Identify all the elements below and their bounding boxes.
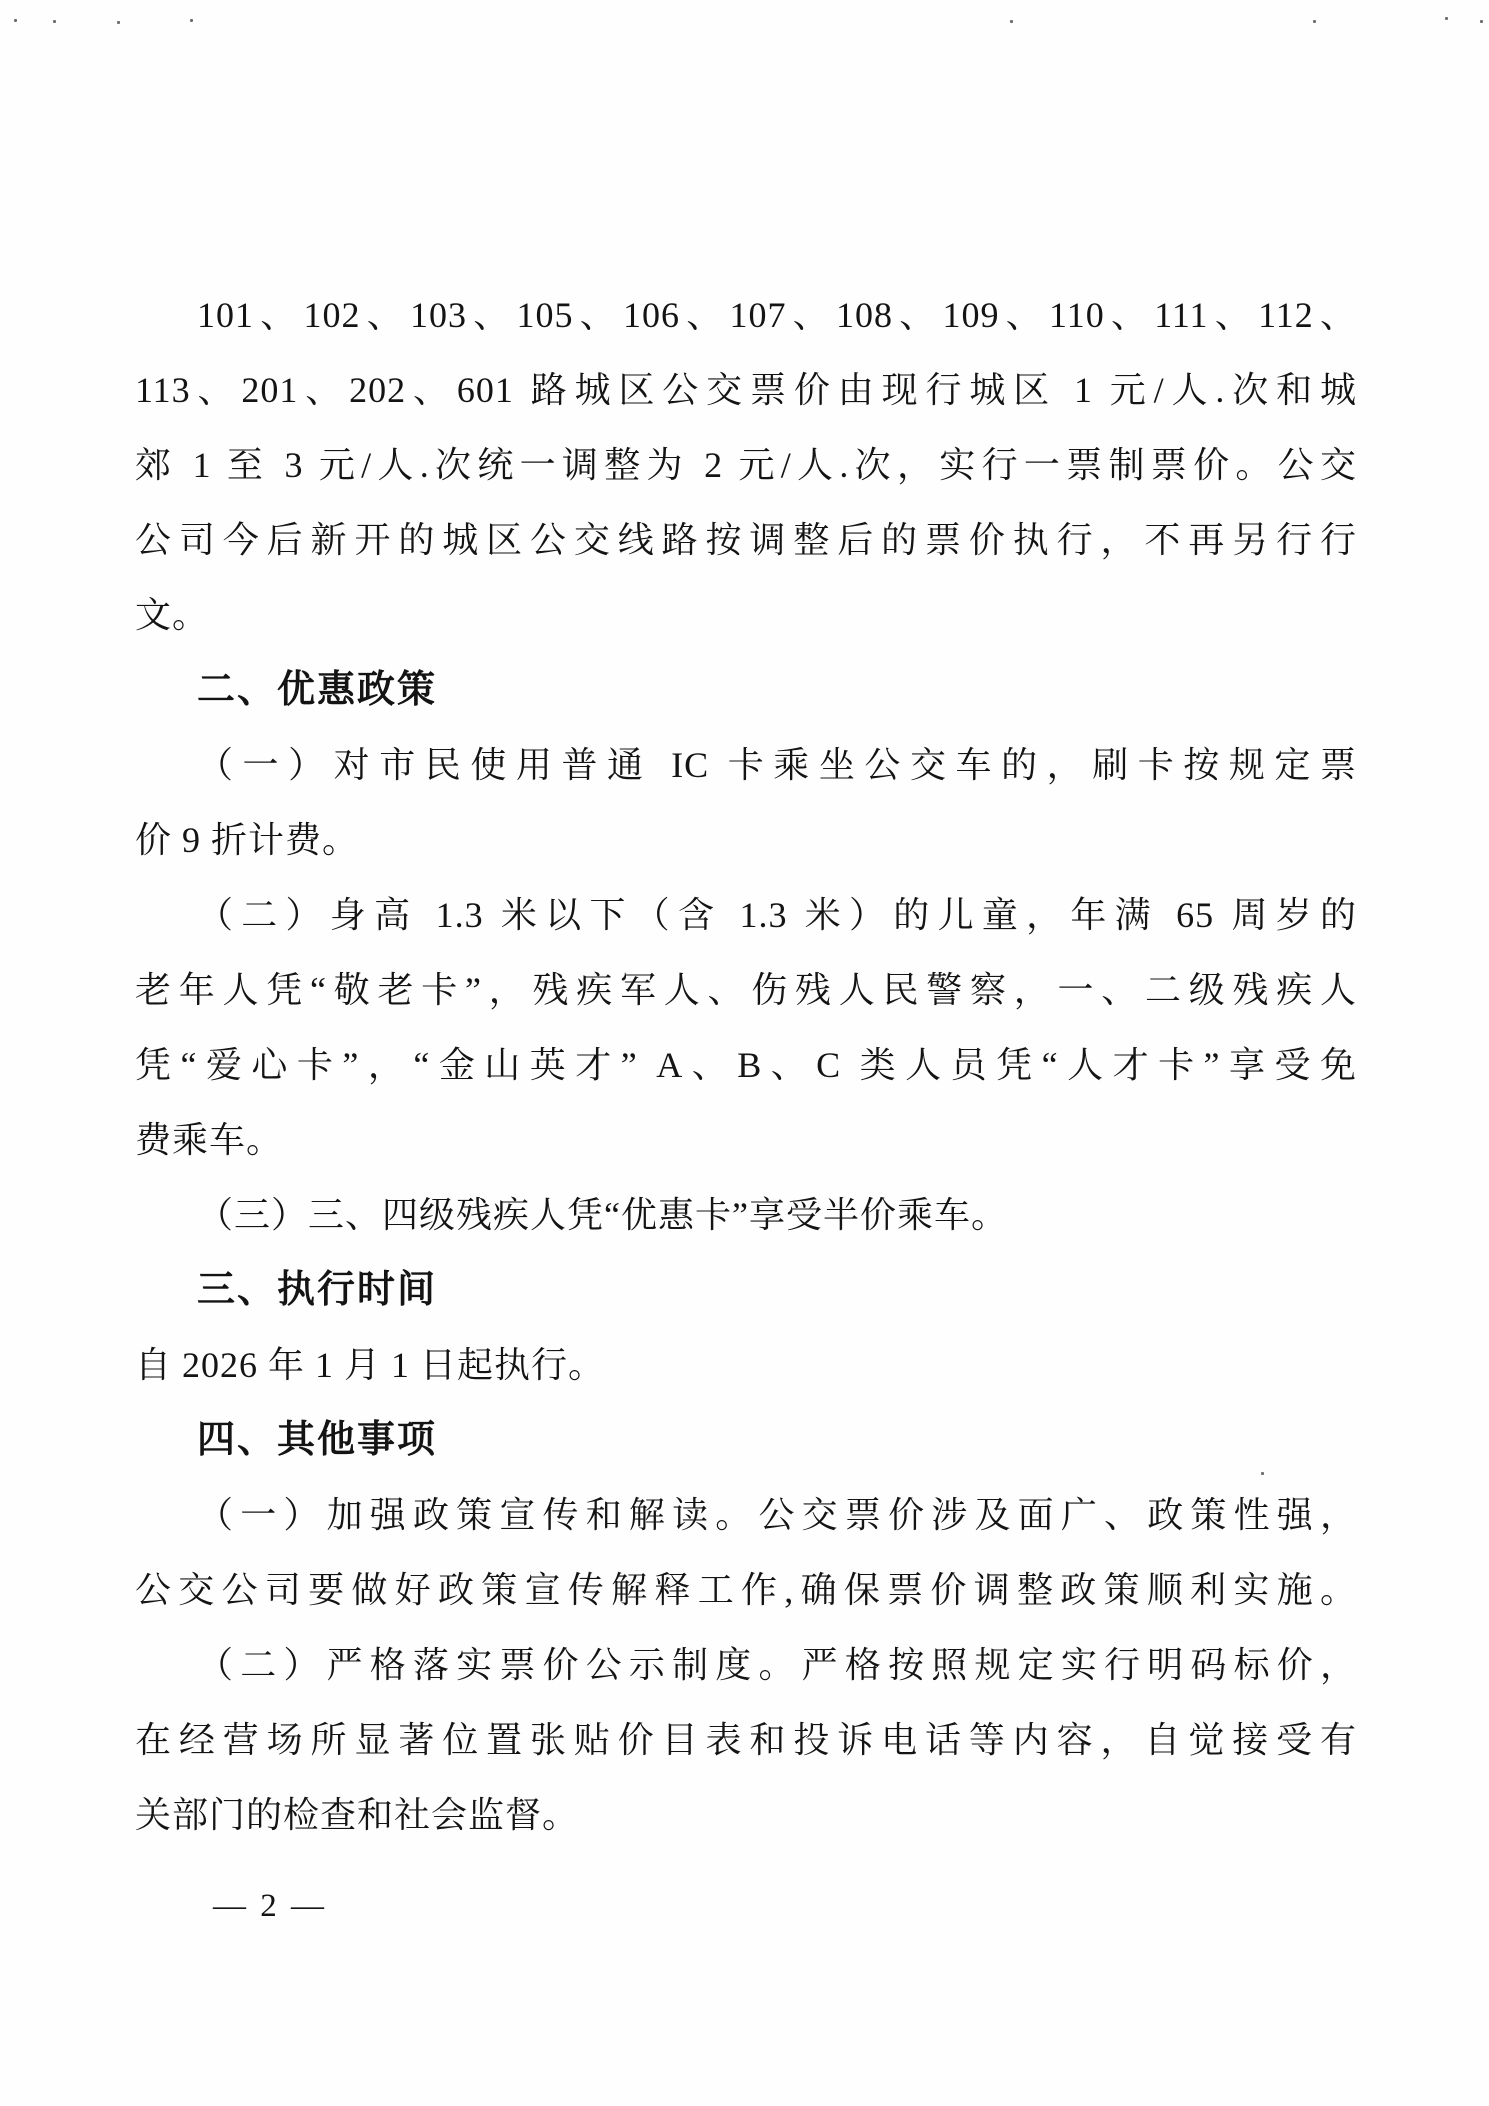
scan-speck <box>14 19 17 22</box>
paragraph-line: （二）严格落实票价公示制度。严格按照规定实行明码标价， <box>135 1628 1357 1703</box>
scanned-document-page: 101、102、103、105、106、107、108、109、110、111、… <box>0 0 1489 2106</box>
paragraph-line: 郊 1 至 3 元/人.次统一调整为 2 元/人.次，实行一票制票价。公交 <box>135 428 1357 503</box>
paragraph-line: 自 2026 年 1 月 1 日起执行。 <box>135 1328 1357 1403</box>
paragraph-line: （一）对市民使用普通 IC 卡乘坐公交车的，刷卡按规定票 <box>135 728 1357 803</box>
paragraph-line: 公交公司要做好政策宣传解释工作,确保票价调整政策顺利实施。 <box>135 1553 1357 1628</box>
scan-speck <box>1313 20 1316 23</box>
scan-speck <box>190 19 193 22</box>
paragraph-line: （三）三、四级残疾人凭“优惠卡”享受半价乘车。 <box>135 1178 1357 1253</box>
scan-speck <box>1445 17 1448 20</box>
scan-speck <box>117 21 120 24</box>
paragraph-line: 在经营场所显著位置张贴价目表和投诉电话等内容，自觉接受有 <box>135 1703 1357 1778</box>
paragraph-line: 公司今后新开的城区公交线路按调整后的票价执行，不再另行行 <box>135 503 1357 578</box>
paragraph-line: 价 9 折计费。 <box>135 803 1357 878</box>
page-number: — 2 — <box>213 1888 327 1925</box>
section-heading-effective-date: 三、执行时间 <box>135 1253 1357 1328</box>
paragraph-line: 关部门的检查和社会监督。 <box>135 1778 1357 1853</box>
paragraph-line: 费乘车。 <box>135 1103 1357 1178</box>
section-heading-other-matters: 四、其他事项 <box>135 1403 1357 1478</box>
paragraph-line: 文。 <box>135 578 1357 653</box>
scan-speck <box>1010 20 1013 23</box>
paragraph-line: 101、102、103、105、106、107、108、109、110、111、… <box>135 278 1357 353</box>
paragraph-line: 老年人凭“敬老卡”，残疾军人、伤残人民警察，一、二级残疾人 <box>135 953 1357 1028</box>
document-body: 101、102、103、105、106、107、108、109、110、111、… <box>135 278 1357 1853</box>
paragraph-line: （一）加强政策宣传和解读。公交票价涉及面广、政策性强， <box>135 1478 1357 1553</box>
scan-speck <box>53 20 56 23</box>
paragraph-line: 凭“爱心卡”，“金山英才” A、B、C 类人员凭“人才卡”享受免 <box>135 1028 1357 1103</box>
section-heading-discount-policy: 二、优惠政策 <box>135 653 1357 728</box>
paragraph-line: 113、201、202、601 路城区公交票价由现行城区 1 元/人.次和城 <box>135 353 1357 428</box>
paragraph-line: （二）身高 1.3 米以下（含 1.3 米）的儿童，年满 65 周岁的 <box>135 878 1357 953</box>
scan-speck <box>1480 20 1483 23</box>
